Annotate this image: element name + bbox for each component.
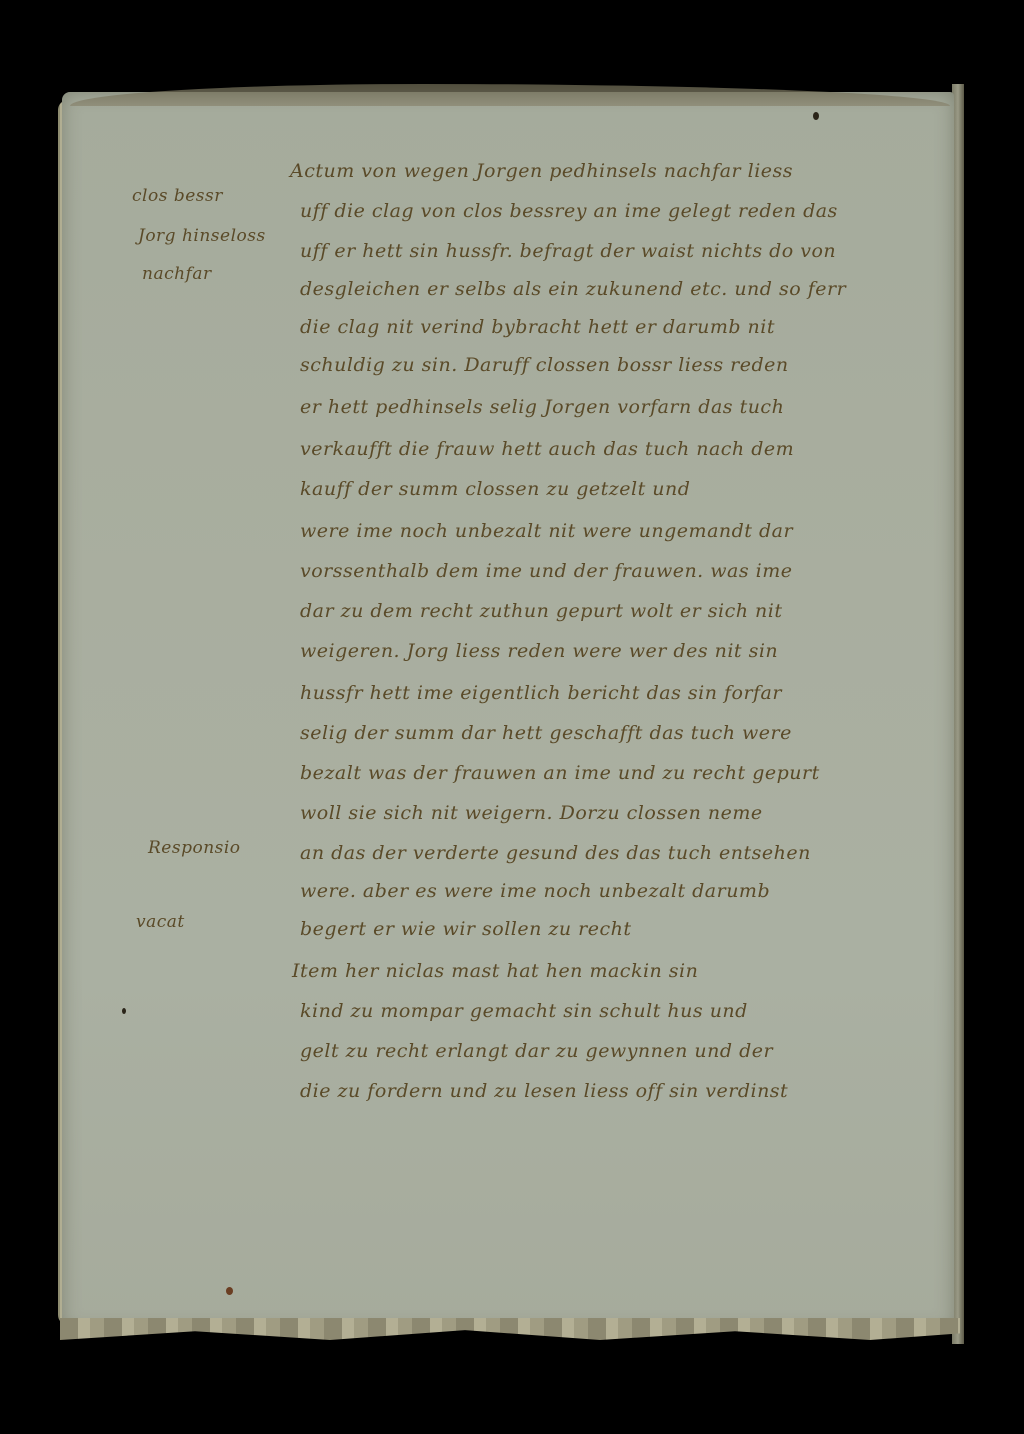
body-line: uff die clag von clos bessrey an ime gel…	[300, 200, 838, 222]
body-line: Item her niclas mast hat hen mackin sin	[292, 960, 698, 982]
margin-note: Jorg hinseloss	[138, 226, 266, 246]
stain-spot	[226, 1287, 233, 1295]
body-line: were ime noch unbezalt nit were ungemand…	[300, 520, 793, 542]
body-line: weigeren. Jorg liess reden were wer des …	[300, 640, 778, 662]
body-line: bezalt was der frauwen an ime und zu rec…	[300, 762, 820, 784]
body-line: woll sie sich nit weigern. Dorzu clossen…	[300, 802, 763, 824]
body-line: kind zu mompar gemacht sin schult hus un…	[300, 1000, 748, 1022]
body-line: desgleichen er selbs als ein zukunend et…	[300, 278, 846, 300]
page-stack-bottom-edge	[60, 1318, 960, 1340]
body-line: verkaufft die frauw hett auch das tuch n…	[300, 438, 794, 460]
ink-spot	[813, 112, 819, 120]
body-line: vorssenthalb dem ime und der frauwen. wa…	[300, 560, 792, 582]
ink-spot	[122, 1008, 126, 1014]
body-line: uff er hett sin hussfr. befragt der wais…	[300, 240, 836, 262]
body-line: er hett pedhinsels selig Jorgen vorfarn …	[300, 396, 784, 418]
body-line: an das der verderte gesund des das tuch …	[300, 842, 811, 864]
margin-note: nachfar	[142, 264, 212, 284]
page-top-worn-edge	[70, 84, 950, 106]
body-line: dar zu dem recht zuthun gepurt wolt er s…	[300, 600, 782, 622]
body-line: kauff der summ clossen zu getzelt und	[300, 478, 690, 500]
body-line: die clag nit verind bybracht hett er dar…	[300, 316, 775, 338]
body-line: selig der summ dar hett geschafft das tu…	[300, 722, 792, 744]
body-line: die zu fordern und zu lesen liess off si…	[300, 1080, 788, 1102]
body-line: hussfr hett ime eigentlich bericht das s…	[300, 682, 782, 704]
body-line: were. aber es were ime noch unbezalt dar…	[300, 880, 770, 902]
margin-note: vacat	[136, 912, 185, 932]
margin-note: clos bessr	[132, 186, 223, 206]
body-line: schuldig zu sin. Daruff clossen bossr li…	[300, 354, 789, 376]
body-line: begert er wie wir sollen zu recht	[300, 918, 632, 940]
margin-note: Responsio	[148, 838, 241, 858]
body-line: gelt zu recht erlangt dar zu gewynnen un…	[300, 1040, 773, 1062]
body-line: Actum von wegen Jorgen pedhinsels nachfa…	[290, 160, 793, 182]
